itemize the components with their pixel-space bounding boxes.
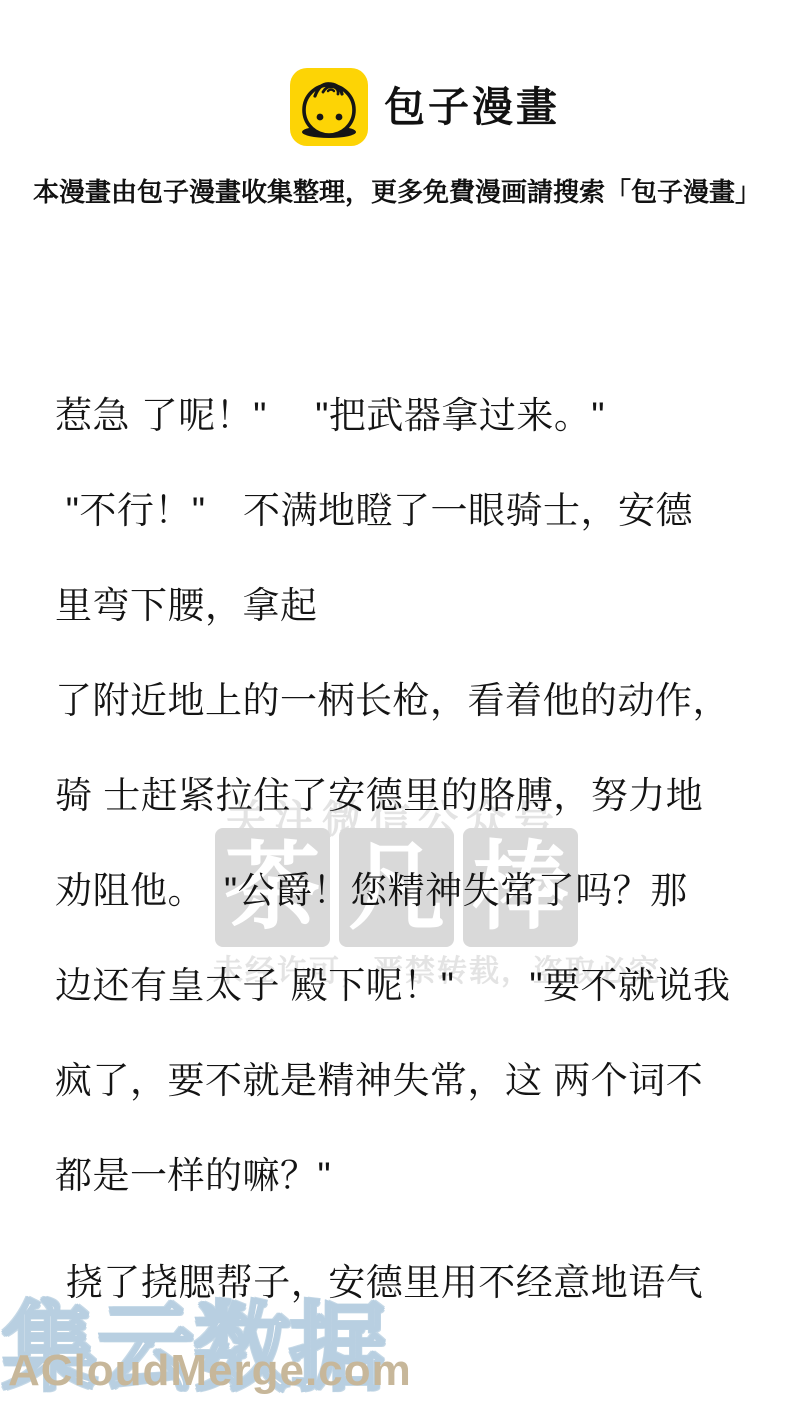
text-line: 劝阻他。 "公爵！您精神失常了吗？那 xyxy=(55,843,755,938)
text-line: 骑 士赶紧拉住了安德里的胳膊，努力地 xyxy=(55,748,755,843)
text-line: 疯了，要不就是精神失常，这 两个词不 xyxy=(55,1033,755,1128)
text-line: "不行！" 不满地瞪了一眼骑士，安德 xyxy=(55,463,755,558)
text-line: 里弯下腰，拿起 xyxy=(55,558,755,653)
text-line: 挠了挠腮帮子，安德里用不经意地语气 xyxy=(55,1235,755,1330)
brand-title: 包子漫畫 xyxy=(384,68,560,146)
brand-header: 包子漫畫 xyxy=(290,68,560,146)
baozi-bun-icon xyxy=(290,68,368,146)
collection-notice: 本漫畫由包子漫畫收集整理，更多免費漫画請搜索「包子漫畫」 xyxy=(0,172,794,209)
text-line: 了附近地上的一柄长枪，看着他的动作， xyxy=(55,653,755,748)
manga-text-page: 关注微信公众号 茶 凡 棒 未经许可，严禁转载，盗取必究 集云数据 ACloud… xyxy=(0,0,794,1401)
text-line: 边还有皇太子 殿下呢！" "要不就说我 xyxy=(55,938,755,1033)
novel-text-content: 惹急 了呢！" "把武器拿过来。" "不行！" 不满地瞪了一眼骑士，安德 里弯下… xyxy=(55,368,755,1330)
footer-watermark-url: ACloudMerge.com xyxy=(8,1346,412,1396)
text-line: 都是一样的嘛？" xyxy=(55,1128,755,1223)
text-line: 惹急 了呢！" "把武器拿过来。" xyxy=(55,368,755,463)
